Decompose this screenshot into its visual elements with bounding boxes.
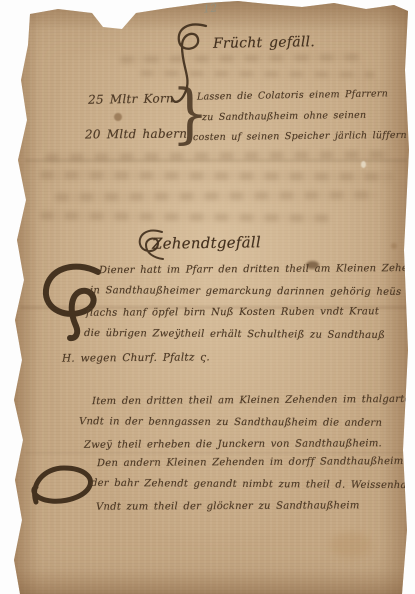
note-line: costen uf seinen Speicher järlich lüffer… [193,130,407,143]
bleed-through-line [40,171,392,181]
paragraph2-line: Vndt in der benngassen zu Sandthaußheim … [79,416,382,429]
paper-nick [361,161,366,168]
paragraph1-line: flachs hanf öpfel birn Nuß Kosten Ruben … [86,306,379,319]
initial-flourish-icon [28,460,98,512]
stain [391,243,397,249]
paragraph3-line: Den andern Kleinen Zehenden im dorff San… [97,456,403,469]
stain [114,113,122,121]
stain [330,532,372,558]
paragraph2-line: Zweÿ theil erheben die Junckern von Sand… [84,438,382,451]
paragraph3-line: der bahr Zehendt genandt nimbt zum theil… [91,478,415,491]
note-line: zu Sandthaußheim ohne seinen [202,110,367,123]
paragraph1-line: in Sandthaußheimer gemarckung darinnen g… [90,285,401,298]
manuscript-page: 12 Frücht gefäll. 25 Mltr Korn 20 Mltd h… [0,0,415,594]
paragraph3-line: Vndt zum theil der glöckner zu Sandthauß… [96,500,360,512]
page-number-pencil: 12 [202,1,218,15]
fold-crease [302,0,415,18]
grain-row: 25 Mltr Korn [88,91,174,106]
bleed-through-line [40,212,330,223]
bleed-through-line [120,54,360,64]
paragraph1-line: Diener hatt im Pfarr den dritten theil a… [99,263,415,276]
note-line: Lassen die Colatoris einem Pfarrern [197,88,388,102]
fold-crease [25,452,405,454]
paragraph2-line: Item den dritten theil am Kleinen Zehend… [92,394,415,407]
manuscript-scan: 12 Frücht gefäll. 25 Mltr Korn 20 Mltd h… [0,0,415,594]
fruit-heading: Frücht gefäll. [213,34,315,52]
tithe-heading: Zehendtgefäll [152,233,261,253]
bleed-through-line [55,191,380,201]
paragraph1-line: die übrigen Zweÿtheil erhält Schultheiß … [84,328,385,341]
paragraph1-line: H. wegen Churf. Pfaltz ς. [62,351,210,364]
